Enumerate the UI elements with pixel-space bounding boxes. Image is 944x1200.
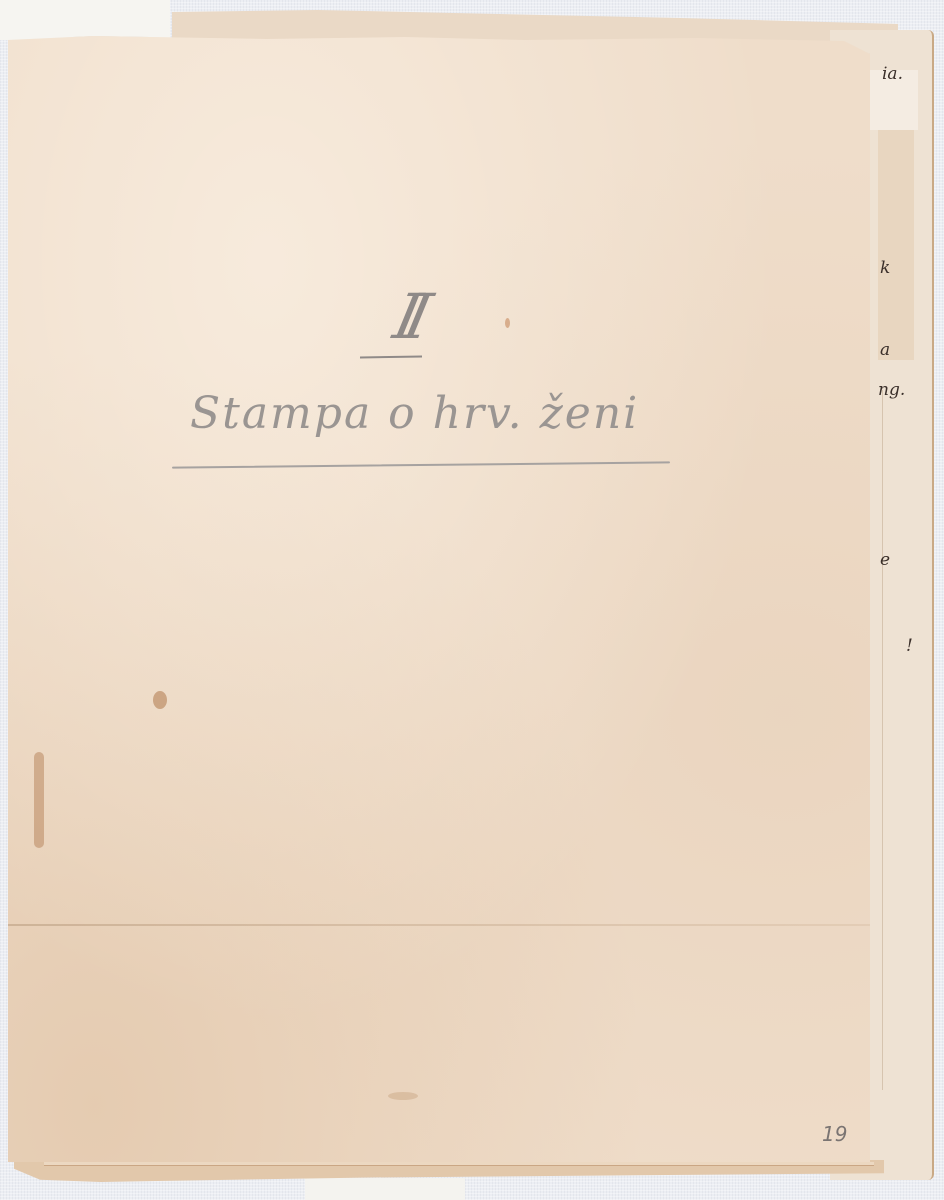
- margin-text-fragment: a: [880, 340, 890, 360]
- white-card-top: [0, 0, 170, 40]
- margin-text-fragment: e: [880, 550, 890, 570]
- folder-title: Stampa o hrv. ženi: [190, 388, 690, 439]
- stain: [505, 318, 510, 328]
- stain: [34, 752, 44, 848]
- page-edge: [44, 1162, 874, 1166]
- section-numeral: II: [348, 280, 464, 353]
- margin-text-fragment: !: [906, 636, 913, 656]
- white-card-bottom: [305, 1178, 465, 1200]
- page-number: 19: [822, 1122, 847, 1146]
- paper-strip: [878, 130, 914, 360]
- stain: [388, 1092, 418, 1100]
- fold-line: [8, 924, 870, 926]
- margin-text-fragment: k: [880, 258, 890, 278]
- fold-line: [882, 390, 883, 1090]
- stain: [153, 691, 167, 709]
- margin-text-fragment: ng.: [878, 380, 905, 400]
- folder-cover: [8, 36, 870, 1162]
- margin-text-fragment: ia.: [882, 64, 903, 84]
